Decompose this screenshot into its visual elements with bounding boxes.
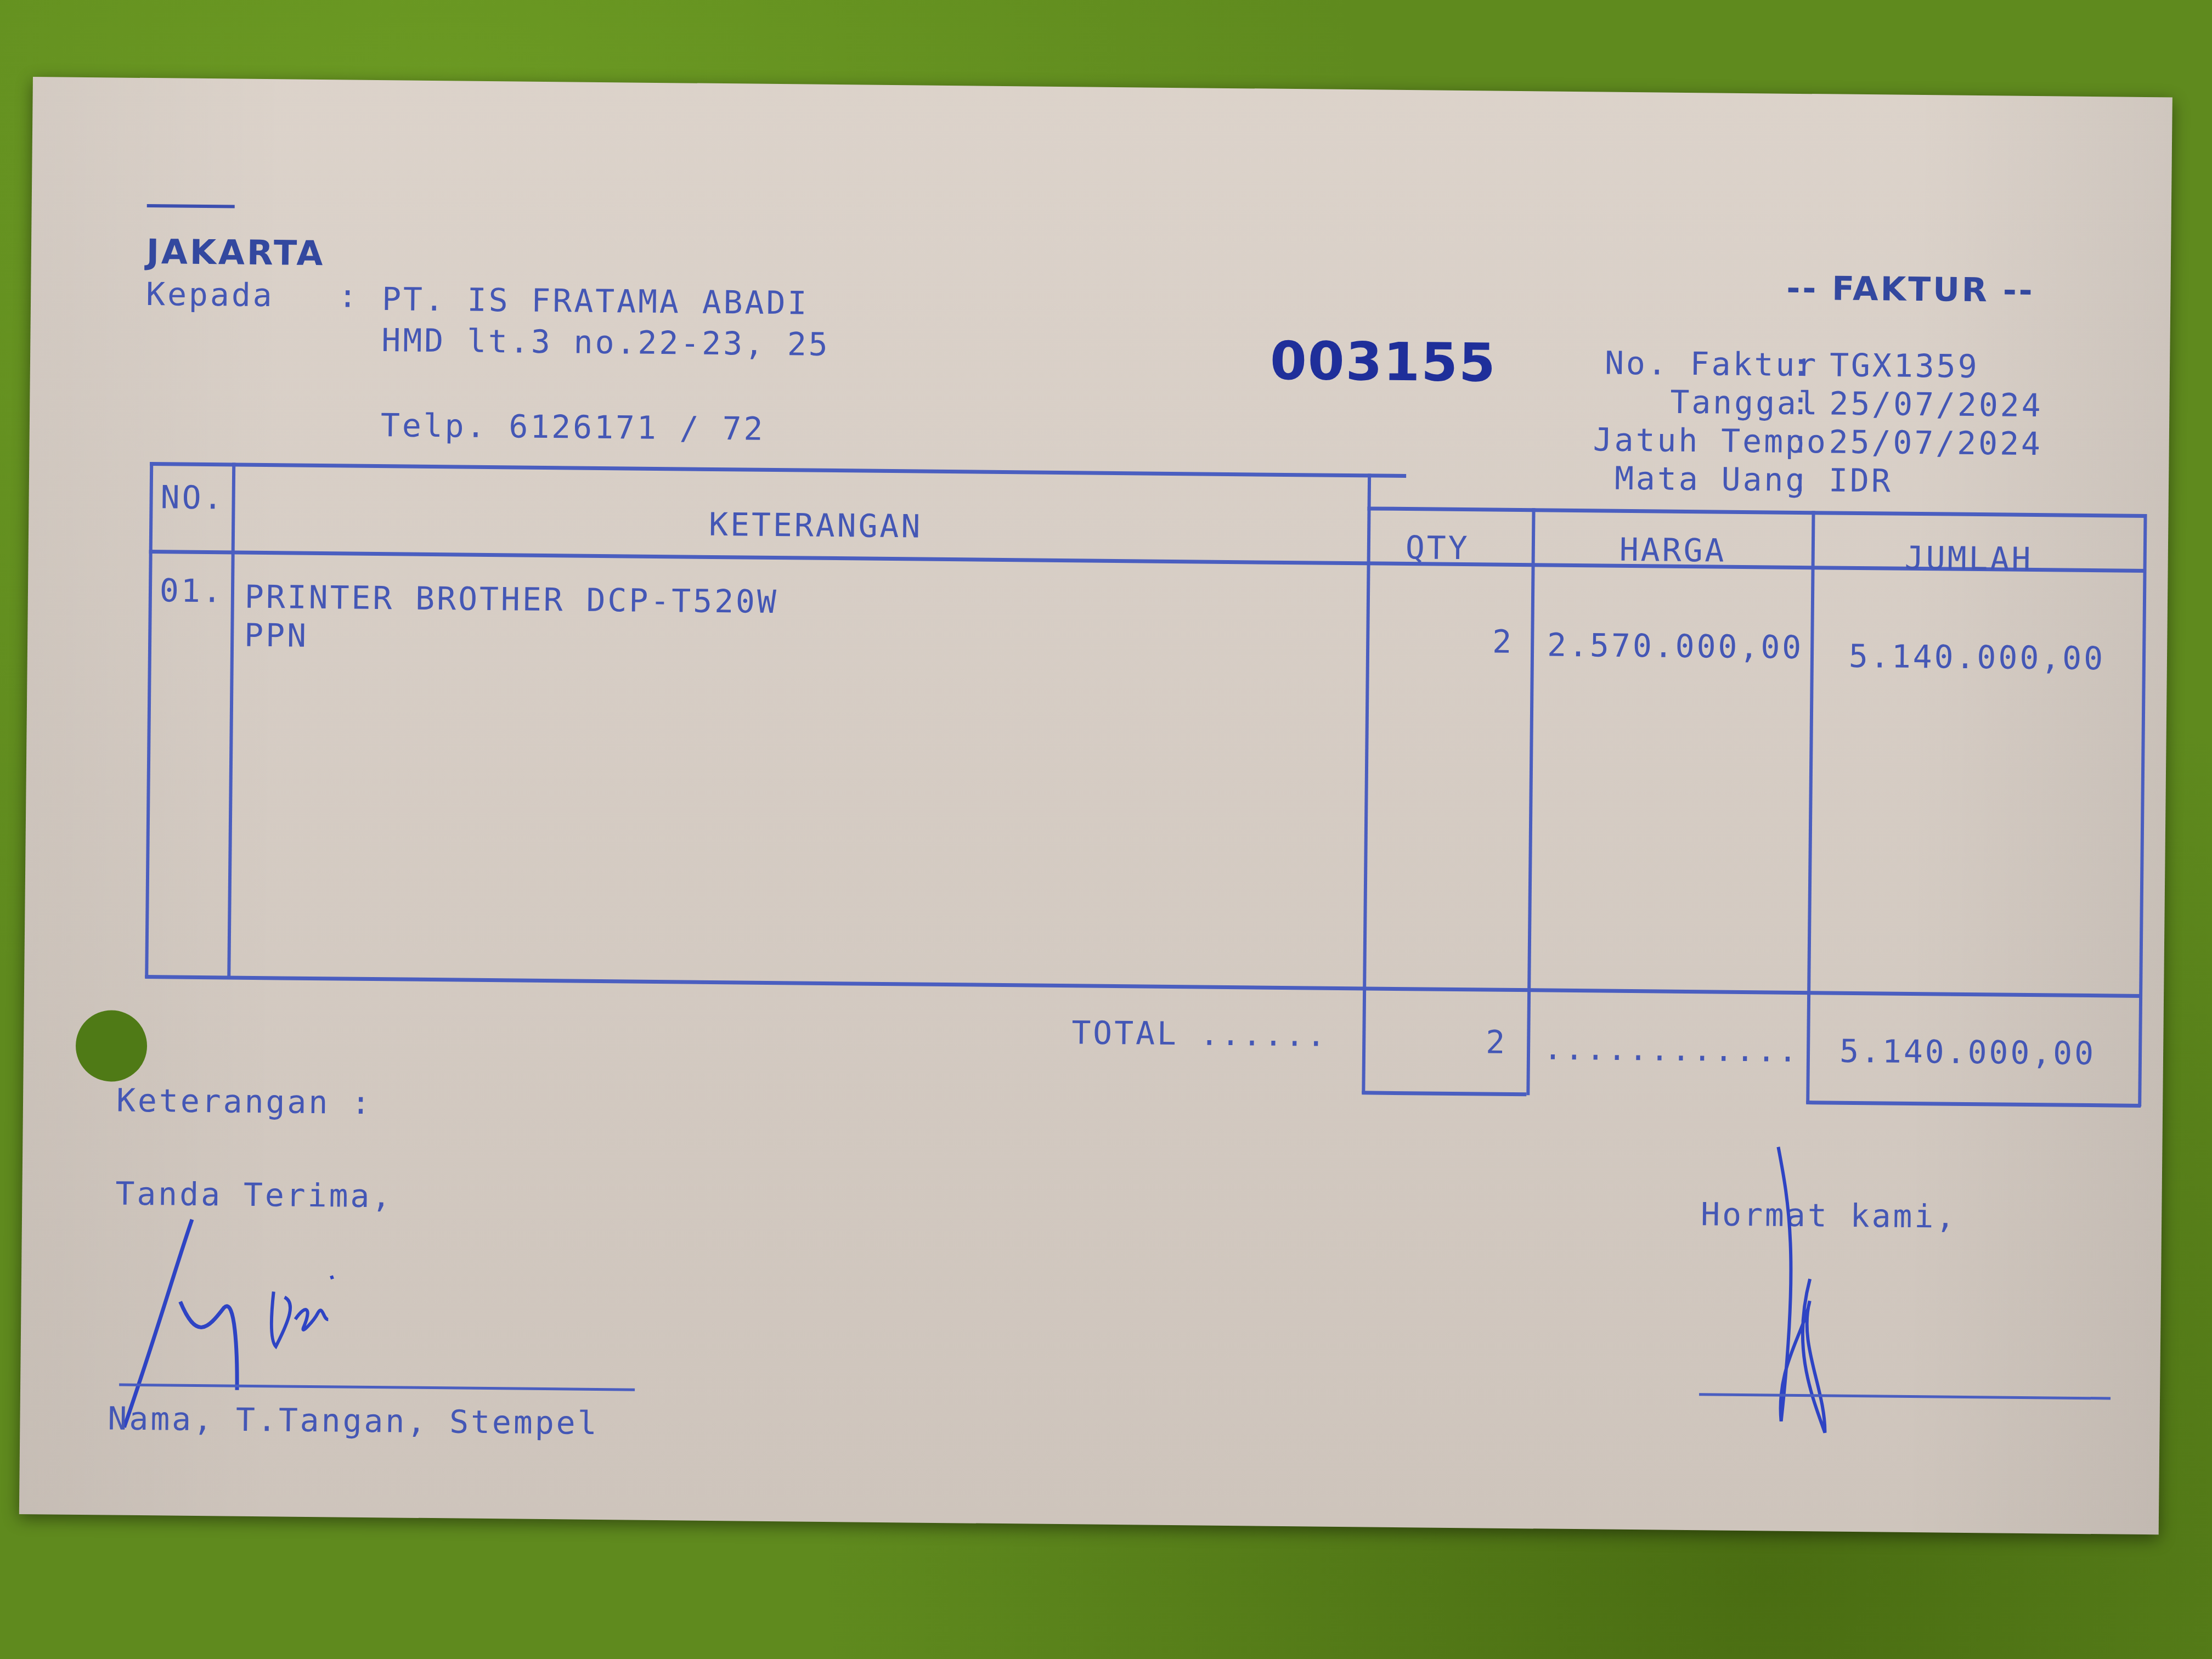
row-description-line2: PPN [244,617,308,654]
row-price: 2.570.000,00 [1547,627,1804,666]
header-rule [147,204,235,208]
col-divider [145,462,153,978]
recipient-name: PT. IS FRATAMA ABADI [382,280,809,321]
col-header-qty: QTY [1406,529,1470,567]
items-table: NO. KETERANGAN QTY HARGA JUMLAH 01. PRIN… [33,77,2172,97]
invoice-paper: JAKARTA Kepada : PT. IS FRATAMA ABADI HM… [19,77,2172,1534]
field-label-mata-uang: Mata Uang [1615,460,1807,499]
col-divider [1526,508,1535,1095]
field-value-jatuh-tempo: 25/07/2024 [1829,423,2042,462]
col-header-no: NO. [160,478,224,516]
field-sep: : [1791,385,1813,422]
row-qty: 2 [1492,623,1514,661]
field-sep: : [1790,423,1812,460]
signature-caption: Nama, T.Tangan, Stempel [108,1400,599,1442]
punch-hole [75,1010,147,1082]
serial-number: 003155 [1270,330,1497,394]
row-no: 01. [160,572,224,610]
total-qty-underline [1362,1091,1526,1096]
field-value-tanggal: 25/07/2024 [1829,385,2043,424]
to-separator: : [338,277,360,314]
table-bottom-rule [145,975,2142,998]
col-header-keterangan: KETERANGAN [709,506,923,545]
table-header-rule [149,550,2146,573]
total-price-filler: ............ [1543,1030,1800,1069]
city-heading: JAKARTA [146,232,325,273]
recipient-phone: Telp. 6126171 / 72 [381,407,765,448]
sender-signature [1742,1136,1888,1444]
invoice-fields: No. Faktur : TGX1359 Tanggal : 25/07/202… [33,77,2172,97]
recipient-address: HMD lt.3 no.22-23, 25 [381,321,830,363]
total-row: TOTAL ...... 2 ............ 5.140.000,00 [33,77,2172,97]
total-qty: 2 [1486,1024,1508,1061]
field-value-no-faktur: TGX1359 [1830,346,1979,385]
col-divider [1806,511,1815,1103]
notes-label: Keterangan : [116,1082,373,1121]
table-top-rule-right [1368,506,2147,518]
table-top-rule [150,462,1406,478]
col-divider [1362,473,1371,1093]
field-sep: : [1791,346,1813,383]
col-divider [227,463,235,979]
field-label-no-faktur: No. Faktur [1605,345,1819,384]
col-header-jumlah: JUMLAH [1904,539,2033,578]
total-amount-underline [1806,1101,2141,1108]
col-divider [2138,514,2147,1107]
total-amount: 5.140.000,00 [1839,1032,2096,1072]
row-description: PRINTER BROTHER DCP-T520W [245,578,779,620]
col-header-harga: HARGA [1620,531,1726,569]
field-value-mata-uang: IDR [1829,461,1893,499]
to-label: Kepada [146,275,274,314]
total-label: TOTAL ...... [1071,1014,1328,1053]
invoice-title: -- FAKTUR -- [1786,269,2035,310]
row-amount: 5.140.000,00 [1849,637,2106,677]
field-sep: : [1790,461,1812,499]
table-row: 01. PRINTER BROTHER DCP-T520W PPN 2 2.57… [33,77,2172,97]
